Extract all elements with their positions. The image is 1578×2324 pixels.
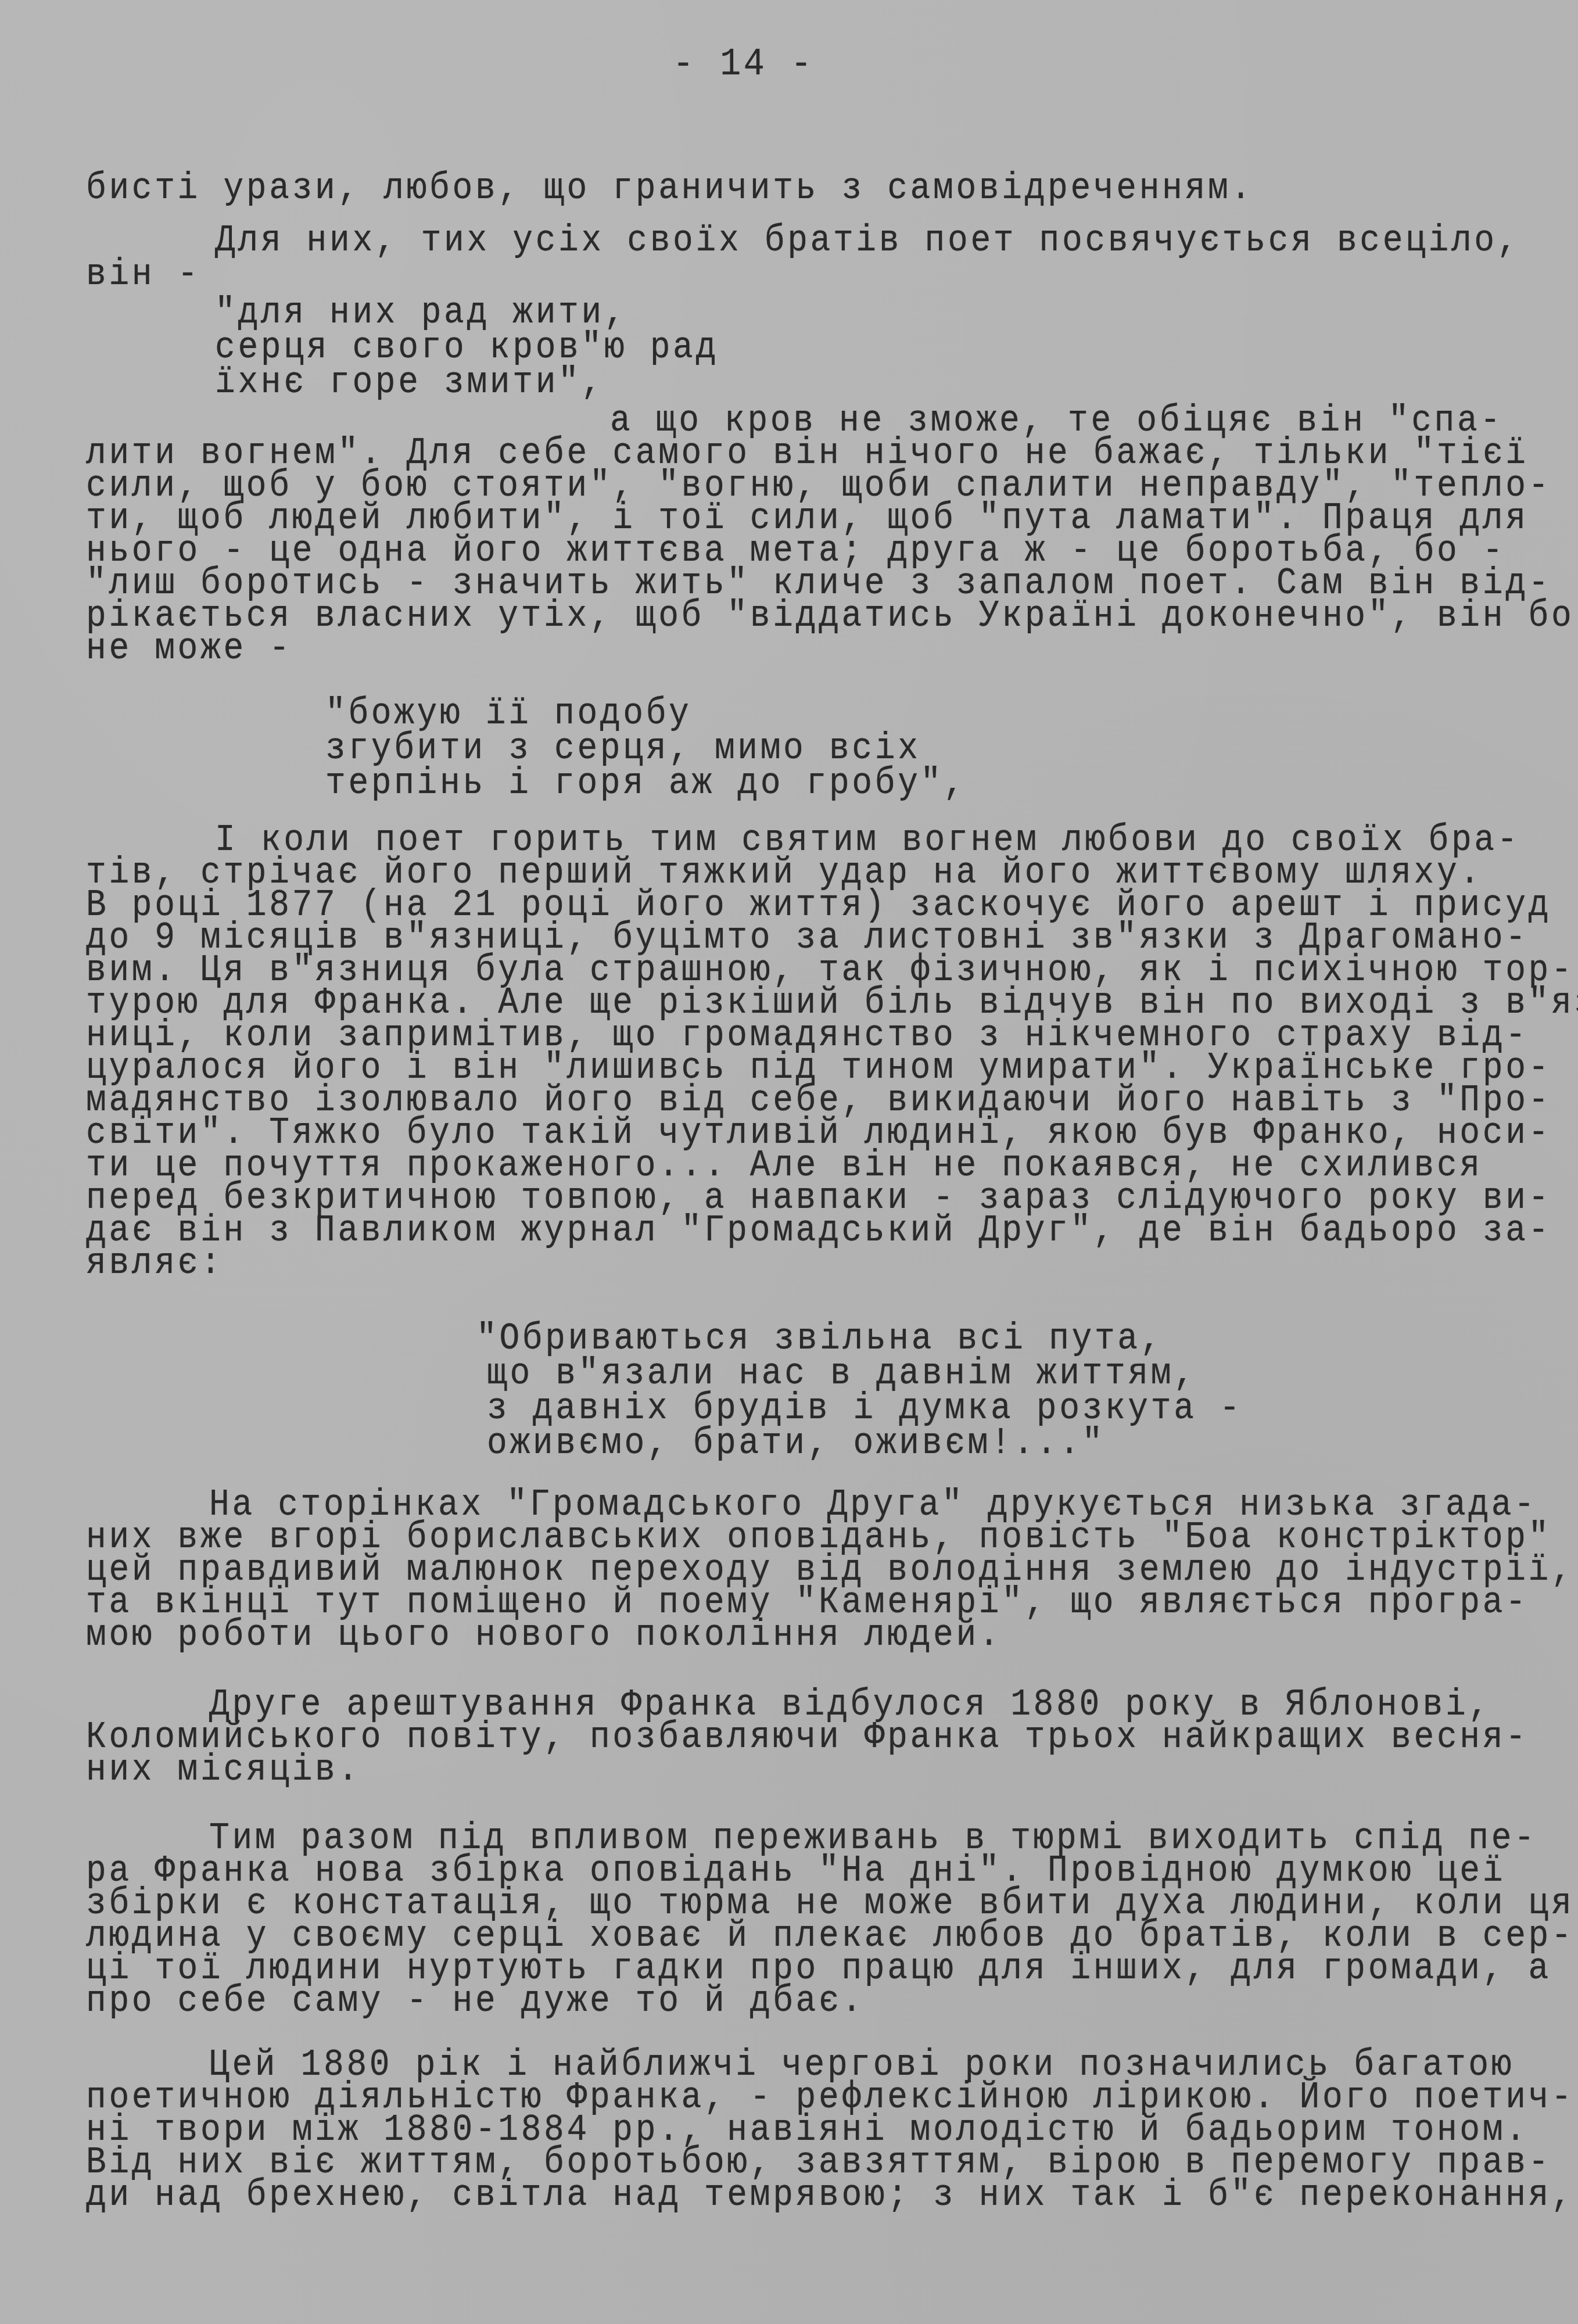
text-line: рікається власних утіх, щоб "віддатись У… <box>86 597 1574 636</box>
text-line: терпінь і горя аж до гробу", <box>325 765 966 804</box>
text-line: являє: <box>86 1245 223 1283</box>
text-line: ди над брехнею, світла над темрявою; з н… <box>86 2176 1574 2215</box>
text-line: Для них, тих усіх своїх братів поет посв… <box>215 222 1520 261</box>
text-line: оживємо, брати, оживєм!..." <box>487 1425 1105 1464</box>
text-line: дає він з Павликом журнал "Громадський Д… <box>86 1212 1551 1251</box>
text-line: них місяців. <box>86 1751 361 1790</box>
text-line: не може - <box>86 630 292 669</box>
text-line: про себе саму - не дуже то й дбає. <box>86 1982 865 2021</box>
text-line: їхнє горе змити", <box>215 364 604 403</box>
text-line: він - <box>86 256 200 295</box>
page-number: - 14 - <box>673 45 815 84</box>
text-line: бисті урази, любов, що граничить з самов… <box>86 170 1254 209</box>
text-line: мою роботи цього нового покоління людей. <box>86 1616 1002 1655</box>
